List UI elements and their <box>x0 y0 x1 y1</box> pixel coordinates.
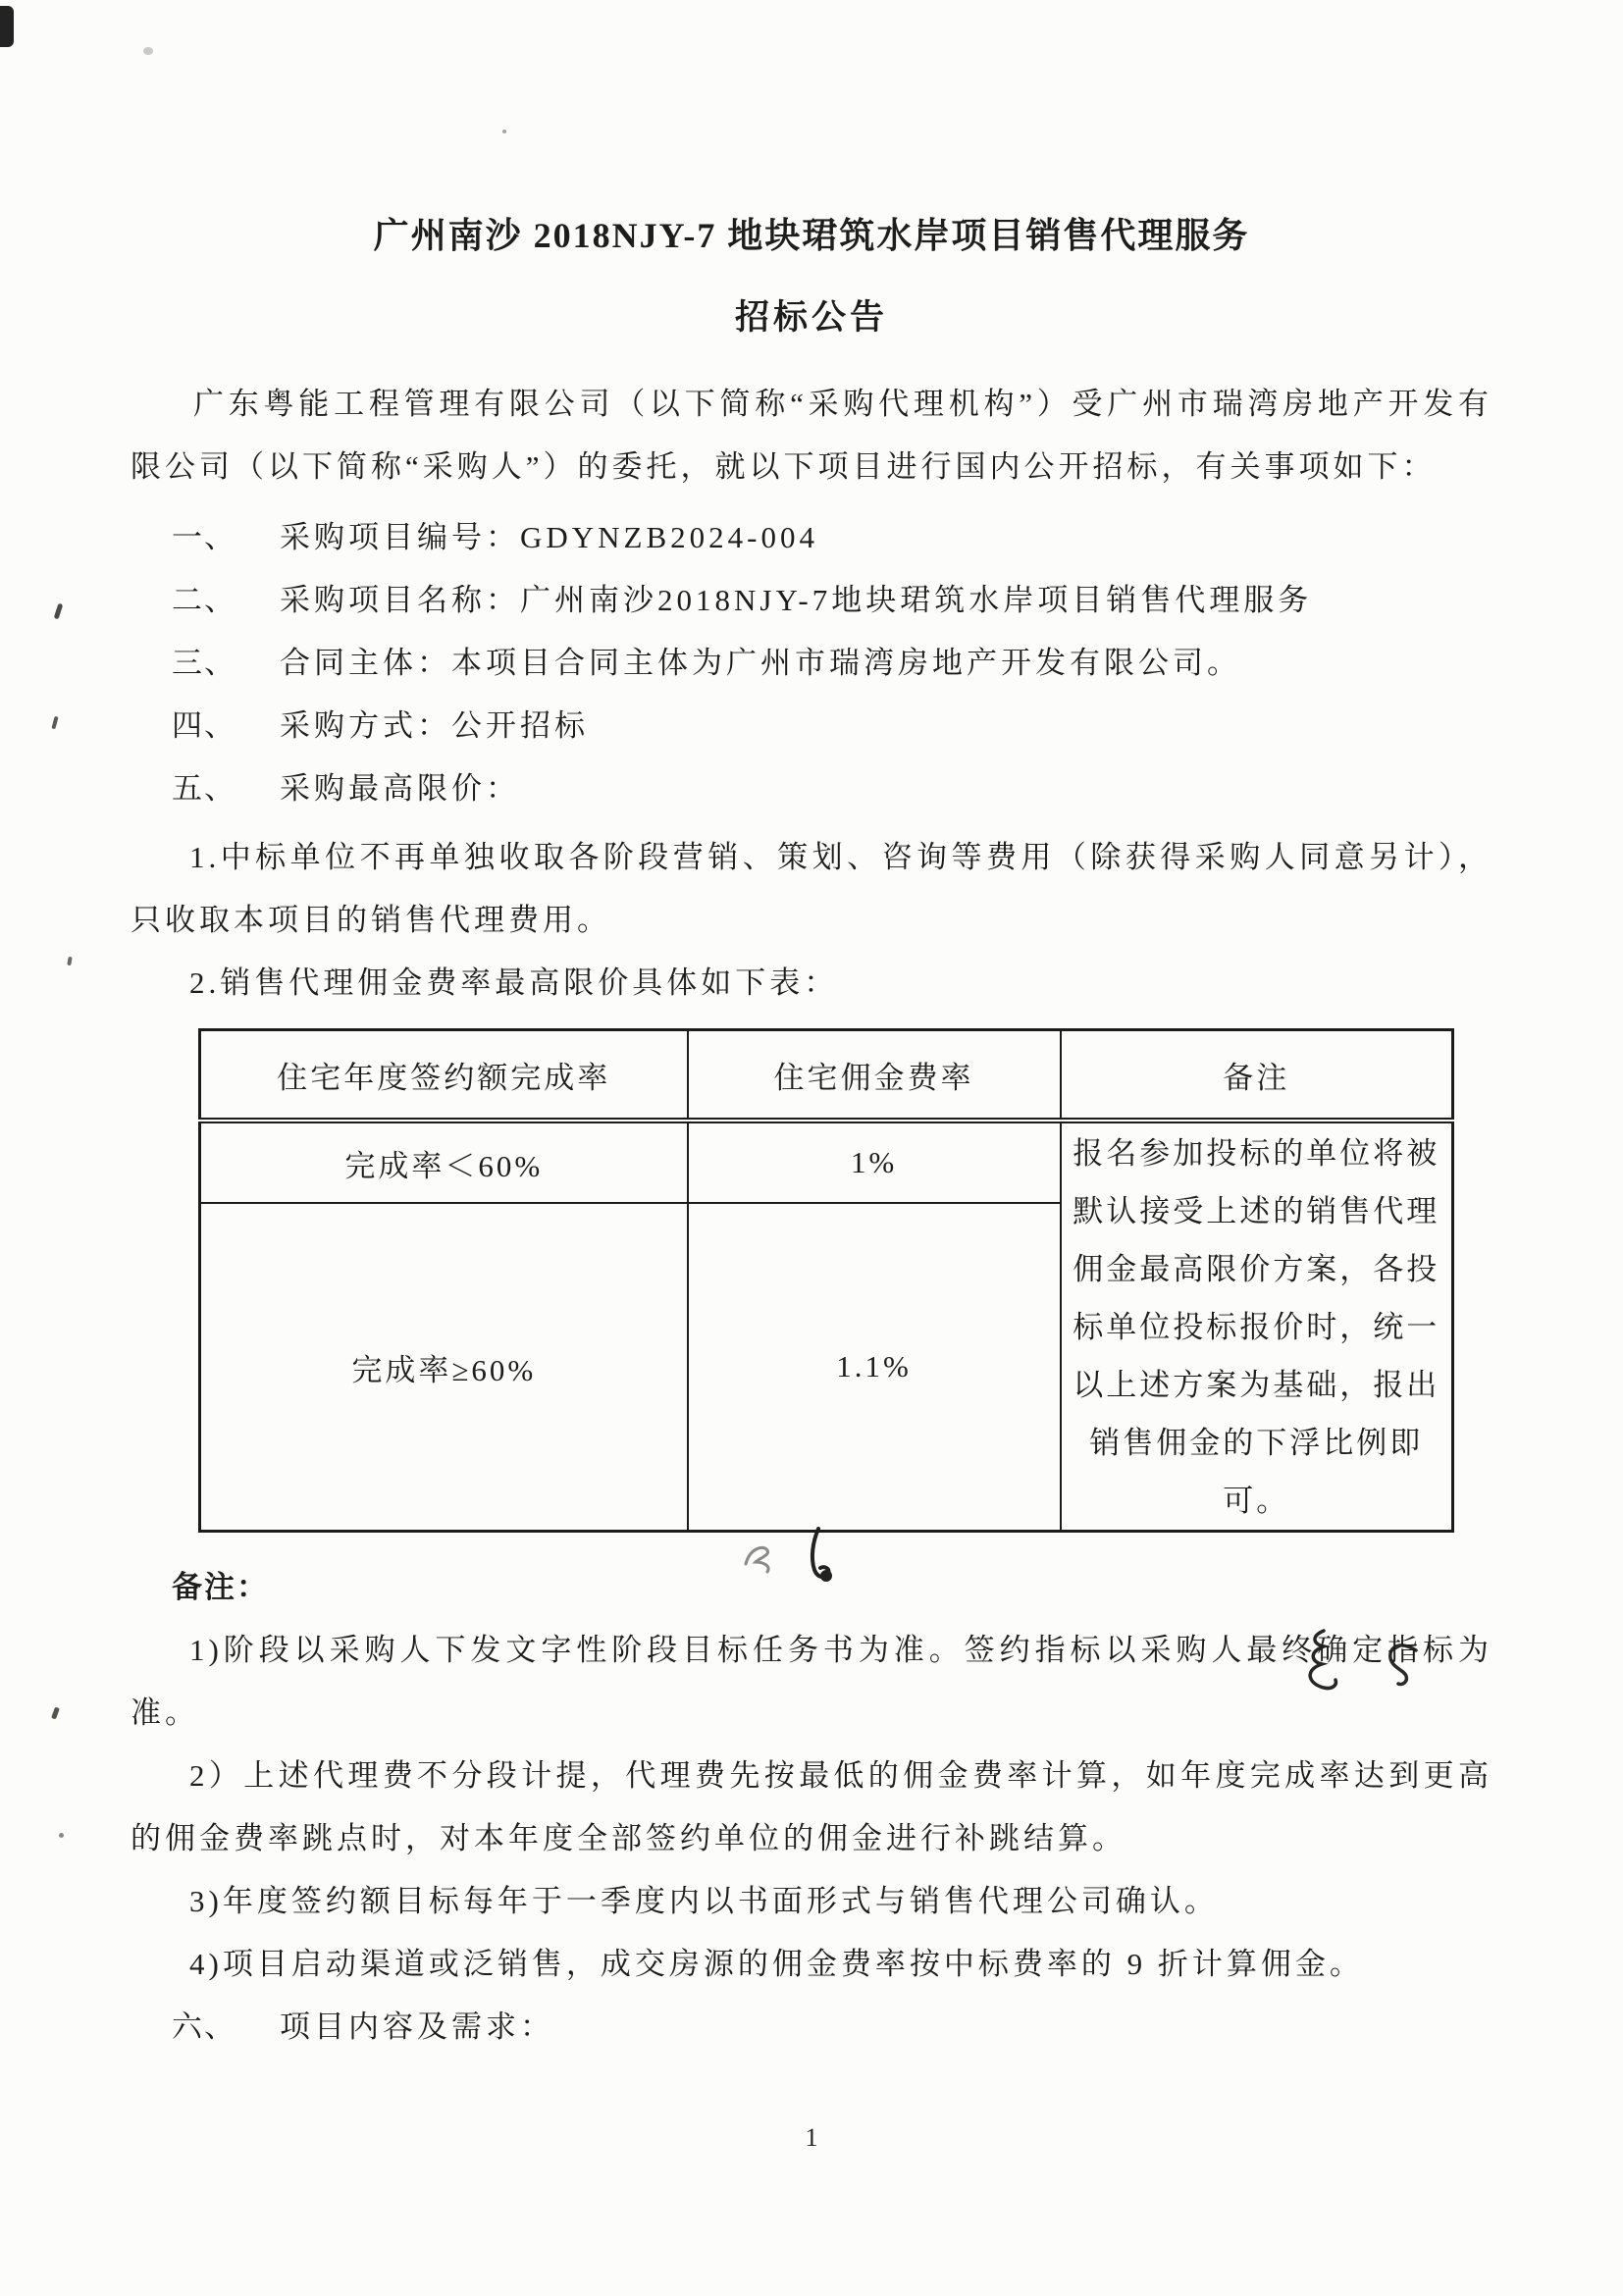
scan-margin-mark <box>51 1707 60 1720</box>
scan-margin-mark <box>67 957 73 966</box>
commission-rate-table: 住宅年度签约额完成率 住宅佣金费率 备注 完成率＜60% 1% 报名参加投标的单… <box>198 1028 1454 1533</box>
item-text: 采购方式：公开招标 <box>280 708 589 743</box>
price-paragraph-1: 1.中标单位不再单独收取各阶段营销、策划、咨询等费用（除获得采购人同意另计），只… <box>131 826 1492 952</box>
cell-rate-1-1pct: 1.1% <box>688 1203 1061 1532</box>
scan-speck <box>59 1833 64 1838</box>
price-paragraph-2: 2.销售代理佣金费率最高限价具体如下表： <box>131 952 1492 1015</box>
scan-corner-blot <box>0 6 14 47</box>
numbered-items: 一、采购项目编号：GDYNZB2024-004 二、采购项目名称：广州南沙201… <box>131 506 1492 820</box>
document-content: 广州南沙 2018NJY-7 地块珺筑水岸项目销售代理服务 招标公告 广东粤能工… <box>131 0 1492 2059</box>
header-remark: 备注 <box>1061 1030 1453 1122</box>
table-row: 完成率＜60% 1% 报名参加投标的单位将被默认接受上述的销售代理佣金最高限价方… <box>200 1121 1453 1203</box>
document-page: 广州南沙 2018NJY-7 地块珺筑水岸项目销售代理服务 招标公告 广东粤能工… <box>0 0 1623 2296</box>
item-procurement-method: 四、采购方式：公开招标 <box>131 695 1492 757</box>
item-marker: 三、 <box>172 632 280 695</box>
item-marker: 五、 <box>172 757 280 820</box>
item-text: 采购最高限价： <box>280 771 520 806</box>
item-text: 项目内容及需求： <box>280 2009 554 2044</box>
item-max-price: 五、采购最高限价： <box>131 757 1492 820</box>
cell-completion-ge60: 完成率≥60% <box>200 1203 688 1532</box>
note-2: 2）上述代理费不分段计提，代理费先按最低的佣金费率计算，如年度完成率达到更高的佣… <box>131 1745 1492 1870</box>
item-project-name: 二、采购项目名称：广州南沙2018NJY-7地块珺筑水岸项目销售代理服务 <box>131 569 1492 632</box>
table-header-row: 住宅年度签约额完成率 住宅佣金费率 备注 <box>200 1030 1453 1122</box>
item-marker: 六、 <box>172 1996 280 2059</box>
item-marker: 二、 <box>172 569 280 632</box>
page-number: 1 <box>0 2123 1623 2153</box>
cell-completion-lt60: 完成率＜60% <box>200 1121 688 1203</box>
item-text: 采购项目编号：GDYNZB2024-004 <box>280 520 818 554</box>
scan-margin-mark <box>54 603 64 620</box>
item-contract-subject: 三、合同主体：本项目合同主体为广州市瑞湾房地产开发有限公司。 <box>131 632 1492 695</box>
intro-paragraph: 广东粤能工程管理有限公司（以下简称“采购代理机构”）受广州市瑞湾房地产开发有限公… <box>131 373 1492 498</box>
item-project-content: 六、项目内容及需求： <box>131 1996 1492 2059</box>
document-subtitle: 招标公告 <box>131 296 1492 339</box>
item-text: 合同主体：本项目合同主体为广州市瑞湾房地产开发有限公司。 <box>280 646 1241 680</box>
document-title: 广州南沙 2018NJY-7 地块珺筑水岸项目销售代理服务 <box>131 214 1492 257</box>
header-commission-rate: 住宅佣金费率 <box>688 1030 1061 1122</box>
note-1: 1)阶段以采购人下发文字性阶段目标任务书为准。签约指标以采购人最终确定指标为准。 <box>131 1619 1492 1745</box>
header-completion-rate: 住宅年度签约额完成率 <box>200 1030 688 1122</box>
scan-margin-mark <box>51 716 58 730</box>
notes-heading: 备注： <box>172 1556 1492 1619</box>
item-marker: 四、 <box>172 695 280 757</box>
item-project-number: 一、采购项目编号：GDYNZB2024-004 <box>131 506 1492 569</box>
note-4: 4)项目启动渠道或泛销售，成交房源的佣金费率按中标费率的 9 折计算佣金。 <box>131 1933 1492 1996</box>
cell-remark-merged: 报名参加投标的单位将被默认接受上述的销售代理佣金最高限价方案，各投标单位投标报价… <box>1061 1121 1453 1532</box>
item-marker: 一、 <box>172 506 280 569</box>
cell-rate-1pct: 1% <box>688 1121 1061 1203</box>
item-text: 采购项目名称：广州南沙2018NJY-7地块珺筑水岸项目销售代理服务 <box>280 583 1312 617</box>
note-3: 3)年度签约额目标每年于一季度内以书面形式与销售代理公司确认。 <box>131 1870 1492 1933</box>
